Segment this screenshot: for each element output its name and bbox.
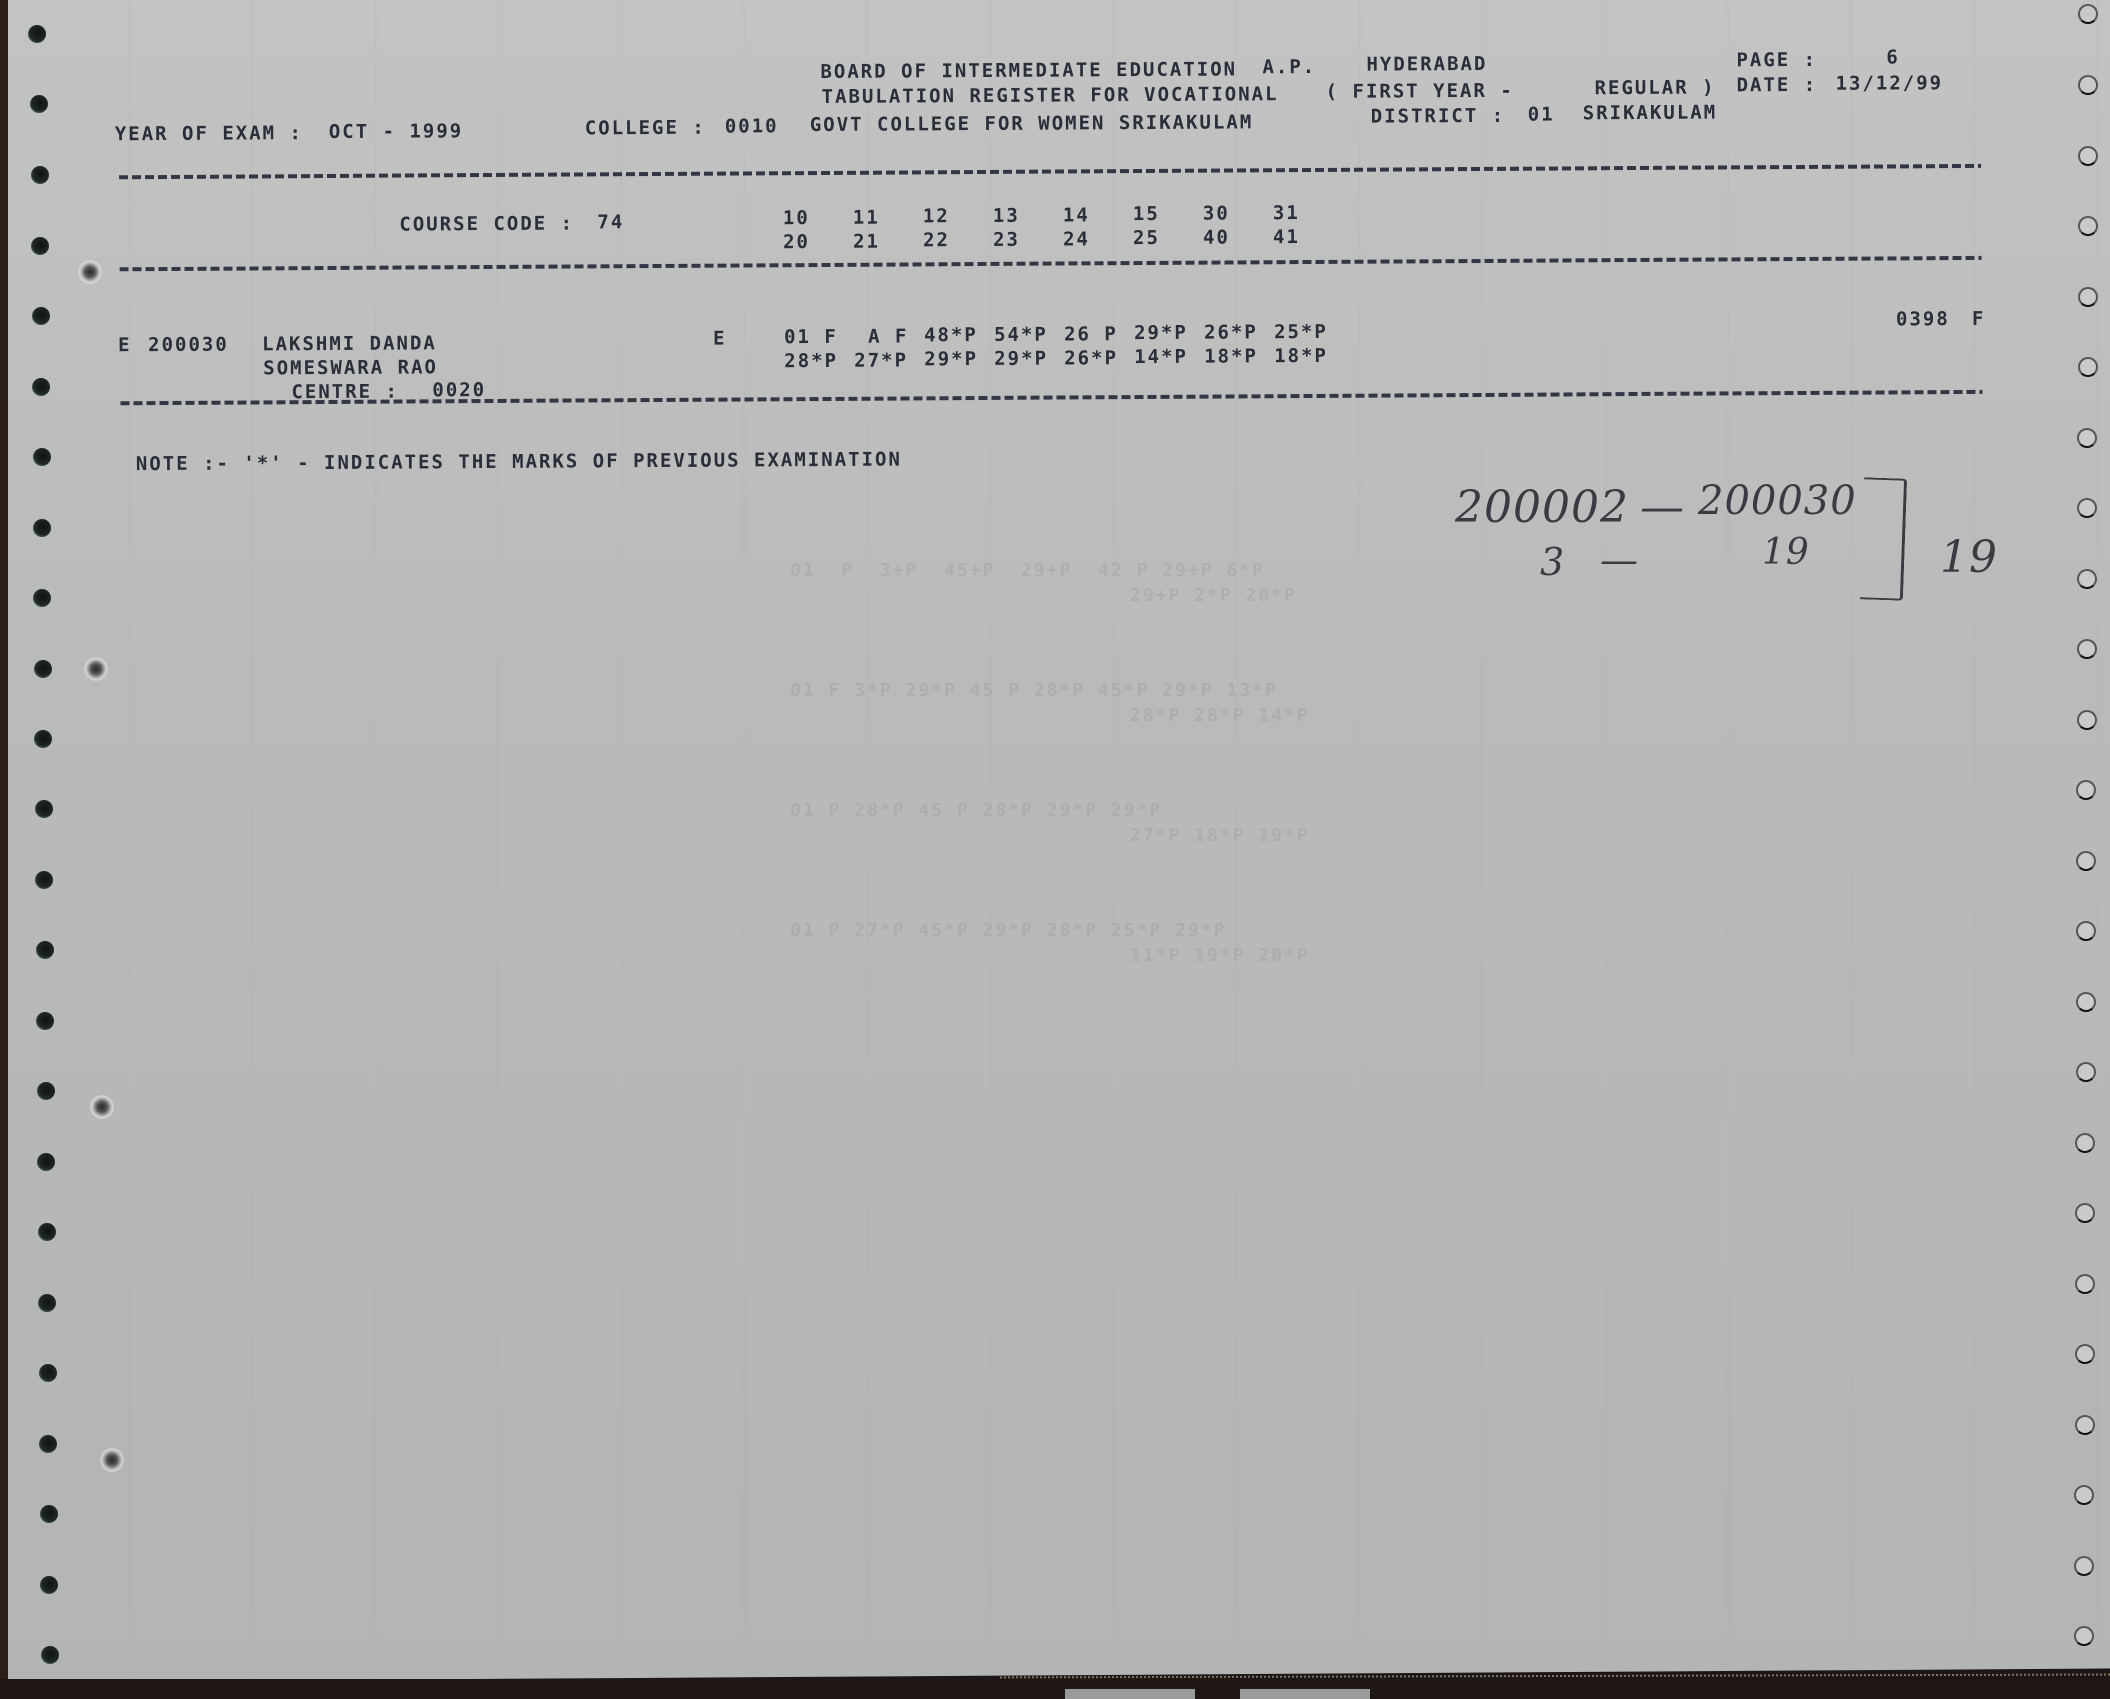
mark-cell: 01 F [784,326,838,348]
subject-code: 23 [986,229,1026,251]
handwritten-bracket-icon [1860,477,1907,600]
district-code: 01 [1528,104,1555,126]
mark-cell: 29*P [924,348,978,370]
page-label: PAGE : [1736,49,1817,71]
subject-code: 40 [1196,226,1236,248]
separator-line [120,256,1982,271]
mark-cell: A F [868,325,908,347]
footnote: NOTE :- '*' - INDICATES THE MARKS OF PRE… [136,448,902,475]
handwritten-count-end: 19 [1762,532,1810,573]
year-of-exam-value: OCT - 1999 [329,120,464,143]
student-name-line-1: LAKSHMI DANDA [262,332,437,355]
subject-code: 11 [846,207,886,229]
total-marks: 0398 [1896,308,1950,330]
subject-code: 30 [1196,202,1236,224]
subject-code: 21 [846,231,886,253]
exam-type: REGULAR ) [1595,77,1716,100]
subject-code: 15 [1126,203,1166,225]
subject-code: 12 [916,205,956,227]
mark-cell: 18*P [1274,345,1328,367]
date-value: 13/12/99 [1835,72,1943,95]
course-code-label: COURSE CODE : [399,212,574,235]
handwritten-total: 19 [1940,532,1998,583]
year-of-course: ( FIRST YEAR - [1326,80,1514,103]
page-number: 6 [1886,46,1900,68]
mark-cell: 14*P [1134,346,1188,368]
subject-code: 14 [1056,204,1096,226]
handwritten-dash: — [1640,482,1685,533]
separator-line [119,164,1981,179]
mark-cell: 27*P [854,349,908,371]
mark-cell: 29*P [994,348,1048,370]
register-title: TABULATION REGISTER FOR VOCATIONAL [822,83,1279,108]
district-name: SRIKAKULAM [1583,102,1718,125]
medium: E [118,334,132,356]
mark-cell: 29*P [1134,322,1188,344]
subject-code: 25 [1126,227,1166,249]
mark-cell: 26*P [1064,347,1118,369]
college-name: GOVT COLLEGE FOR WOMEN SRIKAKULAM [810,111,1254,136]
state: A.P. [1262,56,1316,78]
mark-cell: 54*P [994,324,1048,346]
city: HYDERABAD [1366,53,1487,76]
college-label: COLLEGE : [585,117,706,140]
centre-code: 0020 [432,379,486,401]
mark-cell: 18*P [1204,345,1258,367]
student-name-line-2: SOMESWARA RAO [263,356,438,379]
district-label: DISTRICT : [1371,105,1506,128]
handwritten-range-start: 200002 [1455,482,1629,533]
category: E [713,328,727,350]
mark-cell: 26 P [1064,323,1118,345]
course-code: 74 [597,211,624,233]
subject-code: 10 [776,207,816,229]
result-status: F [1972,308,1986,330]
date-label: DATE : [1736,74,1817,96]
mark-cell: 25*P [1274,321,1328,343]
subject-code: 13 [986,205,1026,227]
subject-code: 20 [776,231,816,253]
separator-line [120,390,1982,405]
tabulation-register: BOARD OF INTERMEDIATE EDUCATION A.P. HYD… [0,0,2110,1699]
subject-code: 24 [1056,228,1096,250]
subject-code: 22 [916,229,956,251]
roll-number: 200030 [148,334,229,356]
college-code: 0010 [725,115,779,137]
mark-cell: 48*P [924,324,978,346]
year-of-exam-label: YEAR OF EXAM : [115,122,303,145]
board-name: BOARD OF INTERMEDIATE EDUCATION [820,58,1237,83]
handwritten-dash: — [1600,538,1639,582]
mark-cell: 26*P [1204,321,1258,343]
subject-code: 41 [1266,226,1306,248]
mark-cell: 28*P [784,350,838,372]
handwritten-range-end: 200030 [1698,478,1857,524]
handwritten-count-start: 3 [1540,540,1565,584]
subject-code: 31 [1266,202,1306,224]
